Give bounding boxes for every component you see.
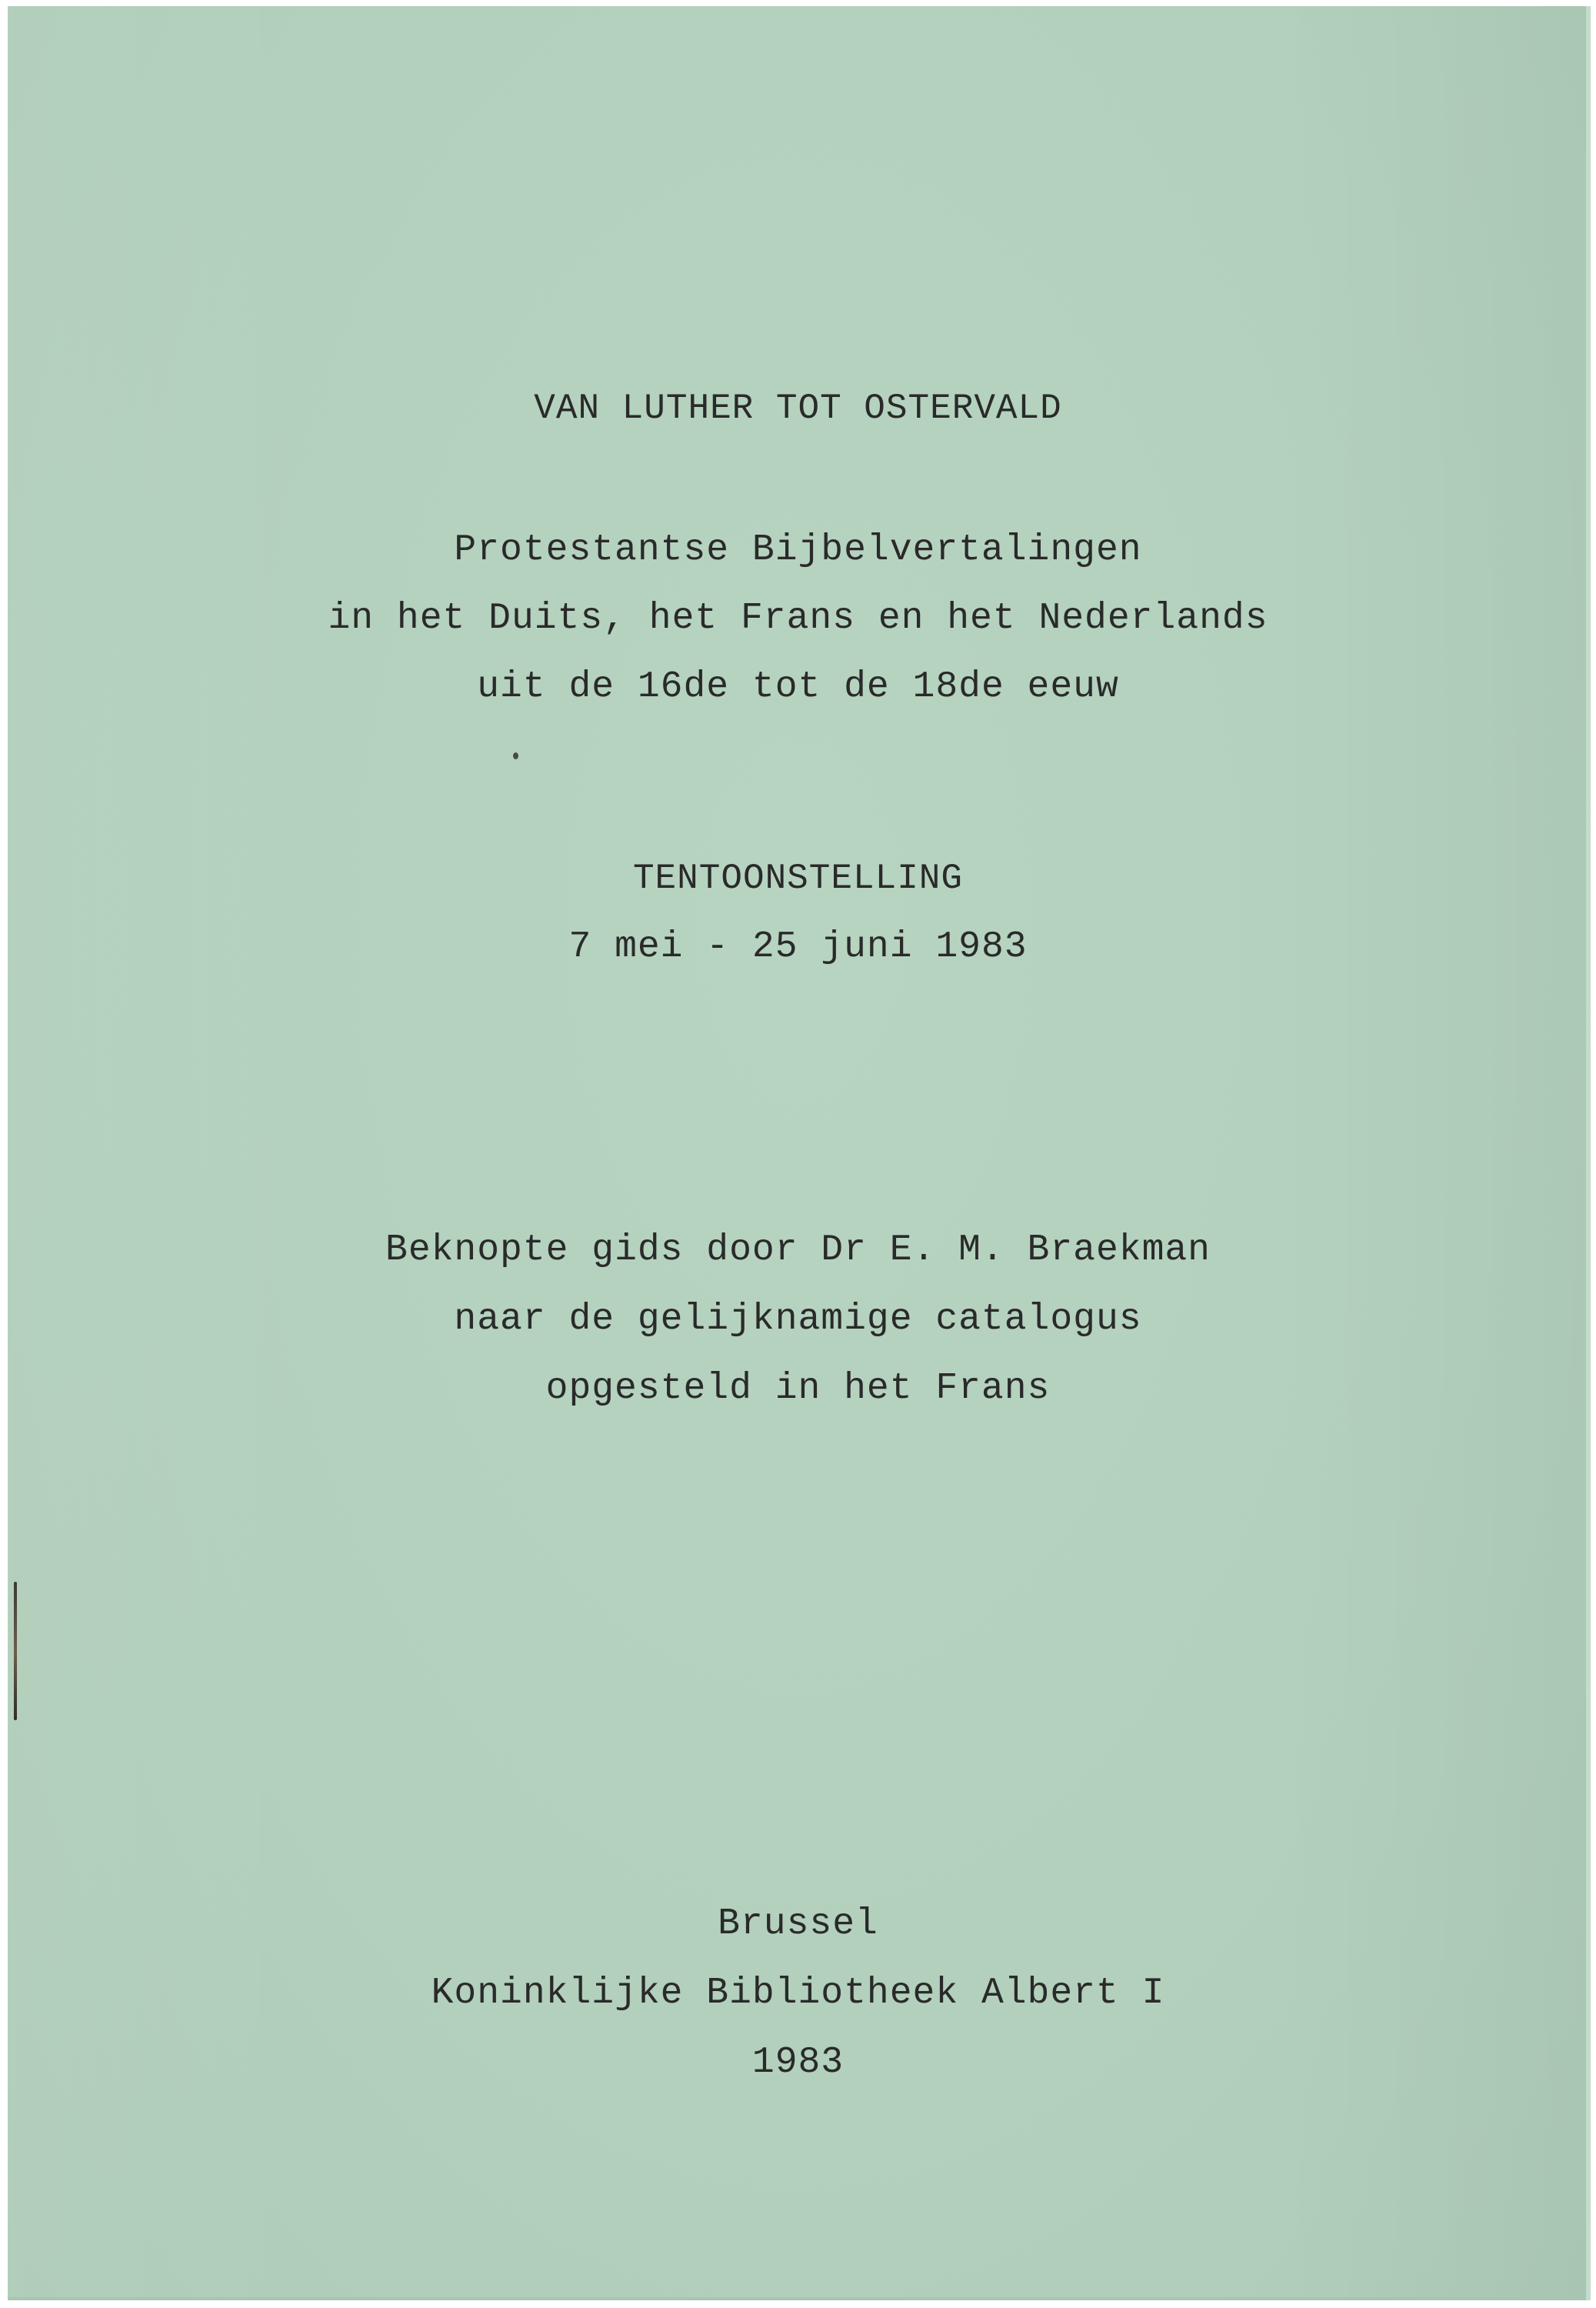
guide-line-3: opgesteld in het Frans [0,1368,1596,1409]
guide-line-1: Beknopte gids door Dr E. M. Braekman [0,1229,1596,1271]
imprint-publisher: Koninklijke Bibliotheek Albert I [0,1973,1596,2014]
booklet-cover [8,6,1591,2300]
subtitle-line-1: Protestantse Bijbelvertalingen [0,529,1596,571]
guide-line-2: naar de gelijknamige catalogus [0,1299,1596,1340]
cover-title: VAN LUTHER TOT OSTERVALD [0,389,1596,429]
exhibition-dates: 7 mei - 25 juni 1983 [0,926,1596,968]
imprint-city: Brussel [0,1903,1596,1945]
ink-speck [513,752,518,759]
staple-mark [14,1582,17,1720]
subtitle-line-3: uit de 16de tot de 18de eeuw [0,666,1596,708]
exhibition-label: TENTOONSTELLING [0,859,1596,899]
imprint-year: 1983 [0,2042,1596,2083]
subtitle-line-2: in het Duits, het Frans en het Nederland… [0,598,1596,639]
